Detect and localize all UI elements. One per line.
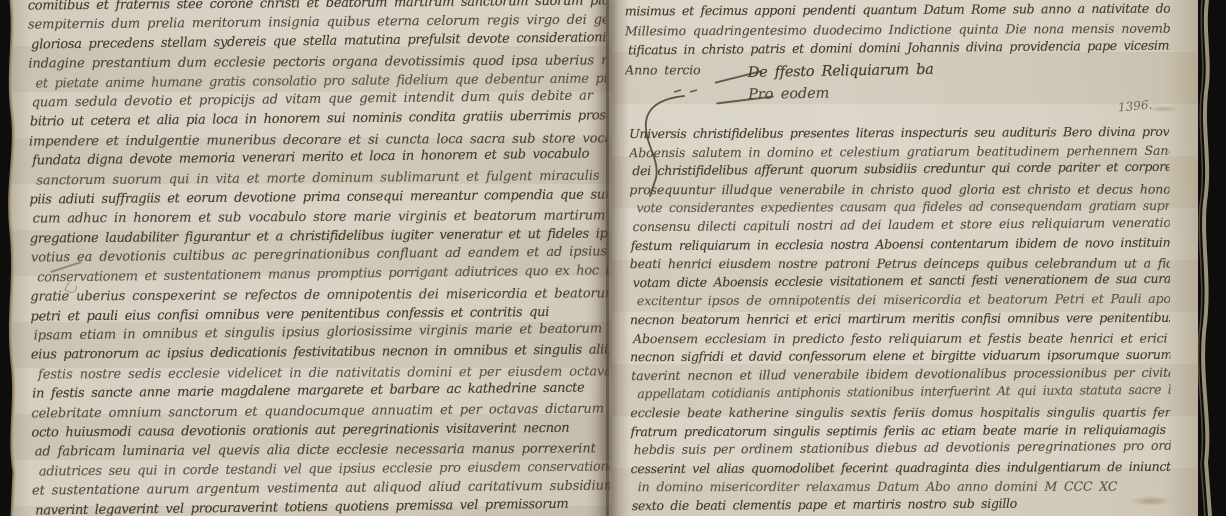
manuscript-line: hebdis suis per ordinem stationibus dieb…: [630, 437, 1170, 460]
manuscript-line: tificatus in christo patris et domini do…: [625, 35, 1170, 59]
ink-smudge: [1130, 496, 1172, 506]
heading-line-2: Pro eodem: [748, 80, 978, 106]
manuscript-line: Aboensem ecclesiam in predicto festo rel…: [630, 329, 1170, 348]
manuscript-line: festum reliquiarum in ecclesia nostra Ab…: [630, 233, 1170, 255]
manuscript-line: necnon beatorum henrici et erici martiru…: [630, 309, 1170, 330]
manuscript-line: excitentur ipsos de omnipotentis dei mis…: [630, 290, 1170, 311]
manuscript-line: gratie uberius conspexerint se refectos …: [30, 284, 608, 307]
manuscript-line: dei christifidelibus afferunt quorum sub…: [629, 158, 1169, 181]
manuscript-line: Universis christifidelibus presentes lit…: [629, 123, 1169, 144]
manuscript-line: ecclesie beate katherine singulis sextis…: [630, 403, 1170, 422]
ink-smudge: [1148, 106, 1178, 112]
book-spread: comitibus et fraternis stee corone chris…: [0, 0, 1226, 516]
entry-heading: De ffesto Reliquiarum ba Pro eodem: [748, 58, 979, 106]
right-page-body-text: Universis christifidelibus presentes lit…: [629, 123, 1171, 516]
manuscript-line: appellatam cotidianis antiphonis station…: [630, 381, 1170, 404]
manuscript-line: sexto die beati clementis pape et martir…: [631, 494, 1171, 516]
manuscript-line: votam dicte Aboensis ecclesie visitation…: [630, 269, 1170, 292]
manuscript-line: cesserint vel alias quomodolibet fecerin…: [631, 458, 1171, 479]
manuscript-line: cum adhuc in honorem et sub vocabulo sto…: [30, 207, 608, 230]
left-page-text: comitibus et fraternis stee corone chris…: [28, 0, 611, 516]
